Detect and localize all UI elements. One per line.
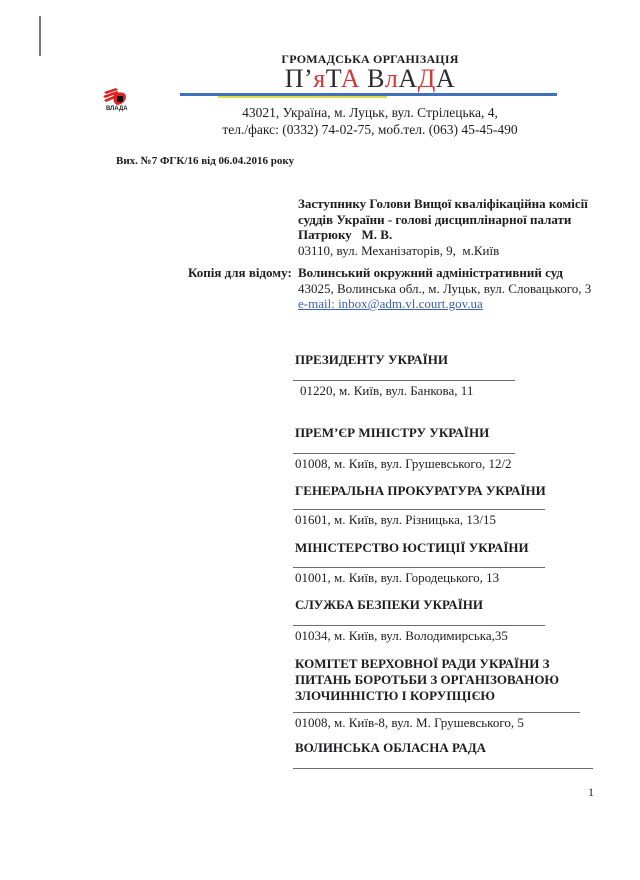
recipient-title-line: КОМІТЕТ ВЕРХОВНОЇ РАДИ УКРАЇНИ З — [295, 656, 559, 672]
recipient-title: ПРЕМ’ЄР МІНІСТРУ УКРАЇНИ — [295, 425, 489, 441]
addressee-name: Патрюку М. В. — [298, 227, 608, 243]
recipient-address: 01008, м. Київ, вул. Грушевського, 12/2 — [295, 456, 512, 472]
org-name-part: я — [313, 64, 325, 93]
flag-yellow-stripe — [218, 96, 388, 98]
org-name-part: Д — [418, 64, 436, 93]
addressee-block: Заступнику Голови Вищої кваліфікаційна к… — [298, 196, 608, 258]
recipient-divider — [293, 768, 593, 769]
recipient-divider — [293, 712, 580, 713]
recipient-address: 01601, м. Київ, вул. Різницька, 13/15 — [295, 512, 496, 528]
addressee-line2: суддів України - голові дисциплінарної п… — [298, 212, 608, 228]
org-name-part: Т — [326, 64, 341, 93]
copy-block: Волинський окружний адміністративний суд… — [298, 265, 591, 312]
outgoing-reference: Вих. №7 ФГК/16 від 06.04.2016 року — [116, 155, 294, 167]
recipient-divider — [293, 625, 545, 626]
recipient-address: 01034, м. Київ, вул. Володимирська,35 — [295, 628, 508, 644]
org-address: 43021, Україна, м. Луцьк, вул. Стрілецьк… — [0, 104, 640, 138]
org-name-part: А — [398, 64, 417, 93]
recipient-title: ПРЕЗИДЕНТУ УКРАЇНИ — [295, 352, 448, 368]
recipient-title-line: ЗЛОЧИННІСТЮ І КОРУПЦІЄЮ — [295, 688, 559, 704]
recipient-title: ВОЛИНСЬКА ОБЛАСНА РАДА — [295, 740, 486, 756]
org-contacts: тел./факс: (0332) 74-02-75, моб.тел. (06… — [100, 121, 640, 138]
copy-org: Волинський окружний адміністративний суд — [298, 265, 591, 281]
recipient-address: 01008, м. Київ-8, вул. М. Грушевського, … — [295, 715, 524, 731]
addressee-address: 03110, вул. Механізаторів, 9, м.Київ — [298, 243, 608, 259]
org-address-line1: 43021, Україна, м. Луцьк, вул. Стрілецьк… — [100, 104, 640, 121]
recipient-title: КОМІТЕТ ВЕРХОВНОЇ РАДИ УКРАЇНИ ЗПИТАНЬ Б… — [295, 656, 559, 704]
copy-address: 43025, Волинська обл., м. Луцьк, вул. Сл… — [298, 281, 591, 297]
org-name-part: П’ — [285, 64, 313, 93]
page-number: 1 — [588, 785, 594, 800]
org-name-part: л — [385, 64, 398, 93]
copy-label: Копія для відому: — [188, 265, 292, 281]
recipient-address: 01220, м. Київ, вул. Банкова, 11 — [300, 383, 473, 399]
recipient-divider — [293, 380, 515, 381]
recipient-title-line: ПИТАНЬ БОРОТЬБИ З ОРГАНІЗОВАНОЮ — [295, 672, 559, 688]
binder-mark — [39, 16, 41, 56]
org-name-part: А — [436, 64, 455, 93]
recipient-divider — [293, 509, 545, 510]
recipient-title: ГЕНЕРАЛЬНА ПРОКУРАТУРА УКРАЇНИ — [295, 483, 546, 499]
recipient-address: 01001, м. Київ, вул. Городецького, 13 — [295, 570, 499, 586]
recipient-title: МІНІСТЕРСТВО ЮСТИЦІЇ УКРАЇНИ — [295, 540, 529, 556]
org-name-part: А — [341, 64, 360, 93]
recipient-title: СЛУЖБА БЕЗПЕКИ УКРАЇНИ — [295, 597, 483, 613]
addressee-line1: Заступнику Голови Вищої кваліфікаційна к… — [298, 196, 608, 212]
flag-divider — [180, 93, 557, 98]
copy-email-link[interactable]: e-mail: inbox@adm.vl.court.gov.ua — [298, 296, 591, 312]
recipient-divider — [293, 453, 515, 454]
org-name-part: В — [360, 64, 385, 93]
recipient-divider — [293, 567, 545, 568]
org-name: П’яТА ВлАДА — [0, 64, 640, 94]
